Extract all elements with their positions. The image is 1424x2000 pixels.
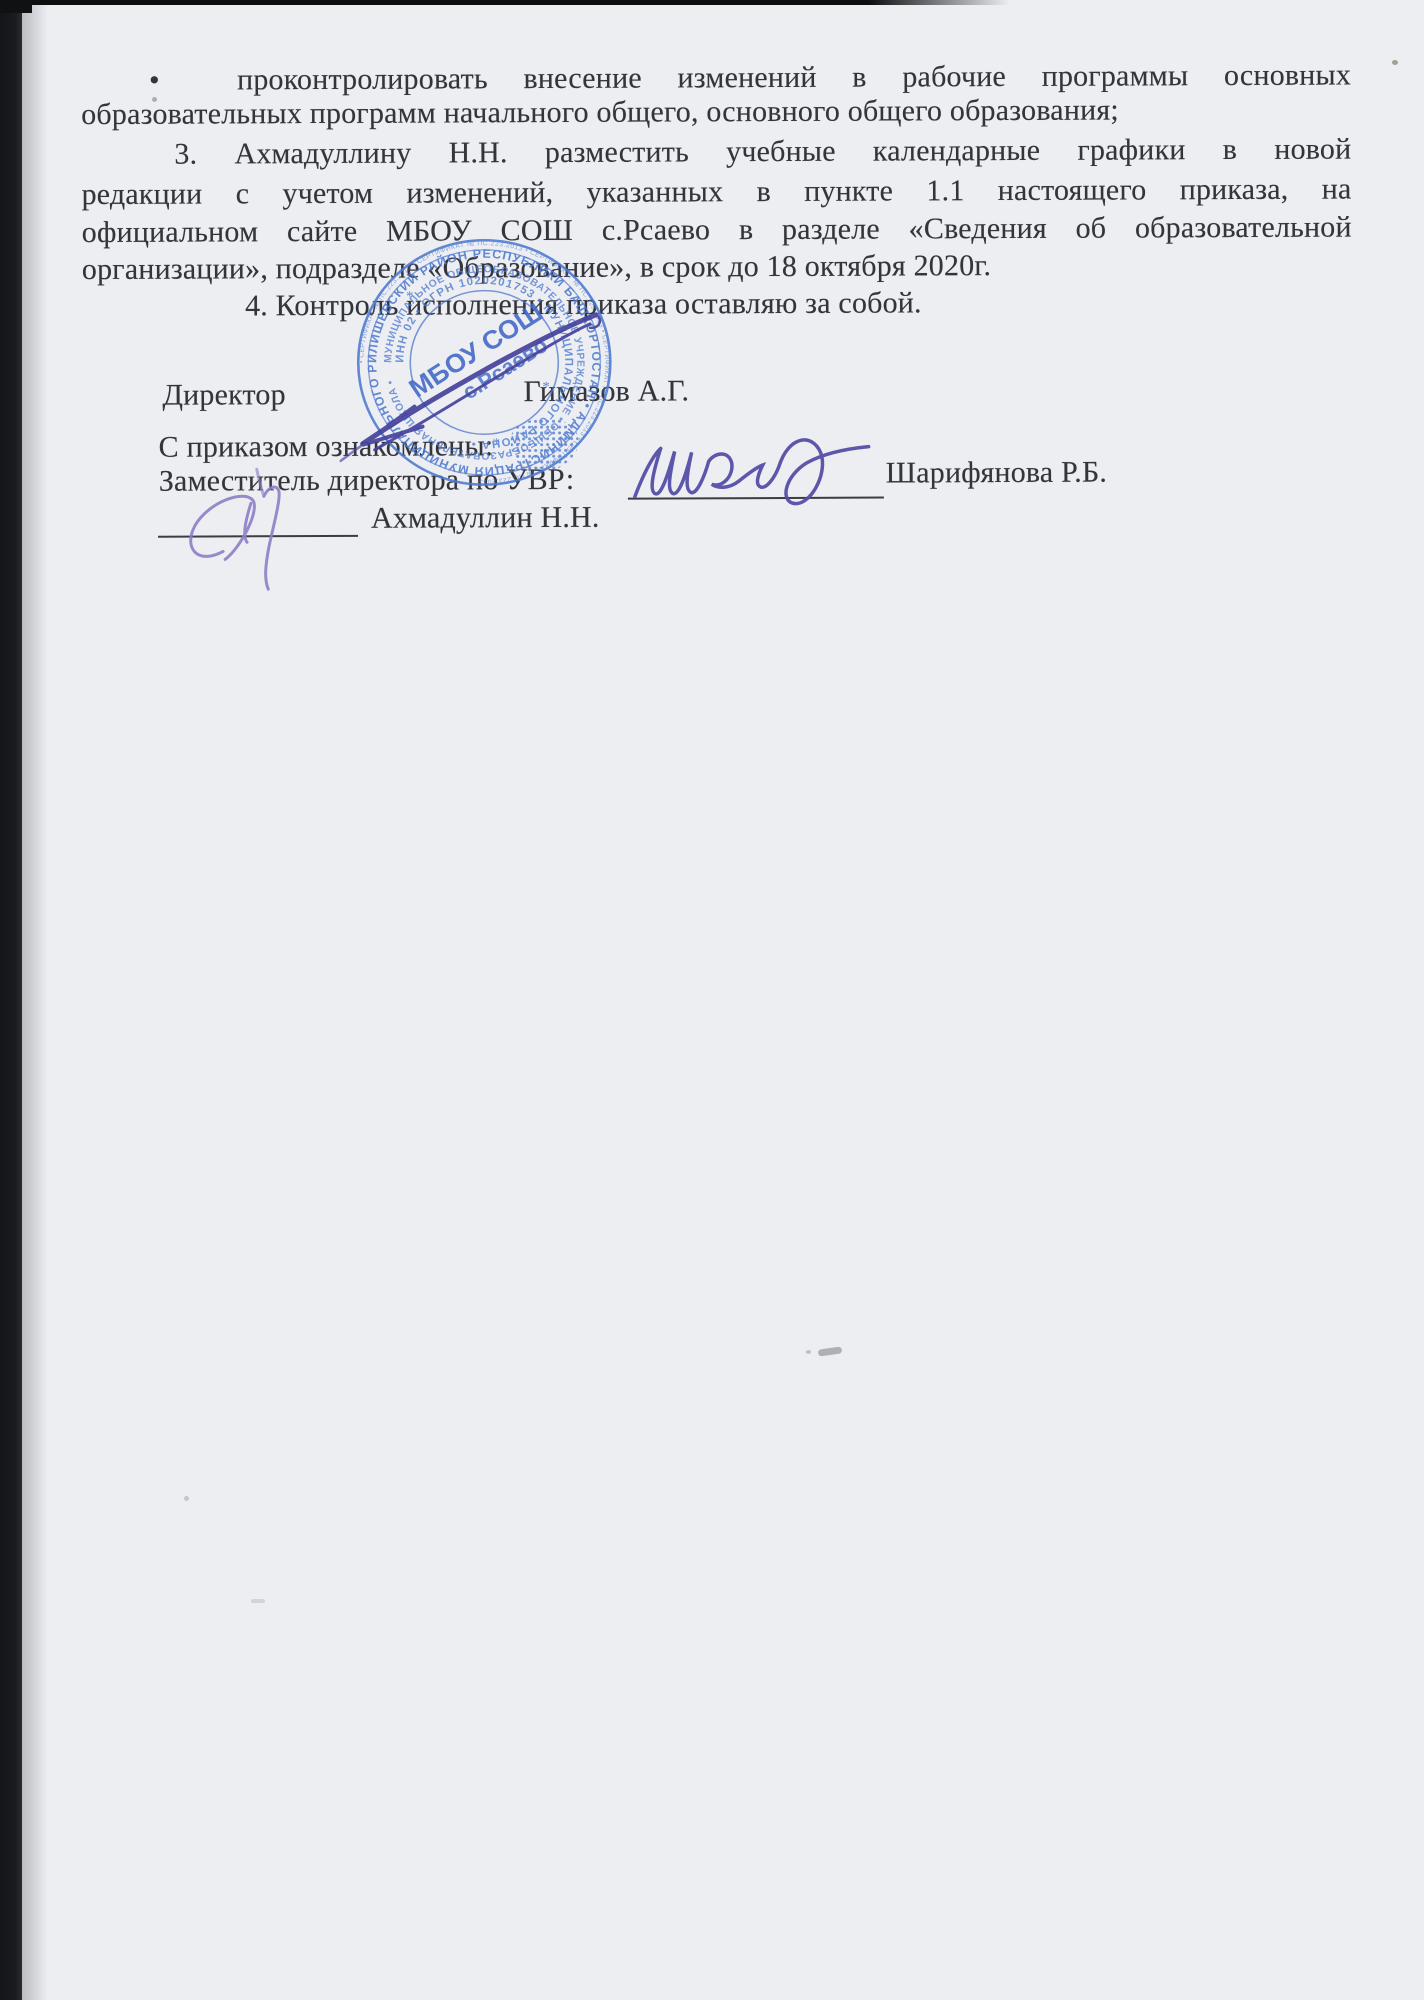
handwritten-signatures xyxy=(0,0,1424,2000)
teacher-signature xyxy=(190,469,279,589)
director-signature xyxy=(340,315,600,461)
document-content: • проконтролировать внесение изменений в… xyxy=(0,0,1424,2000)
deputy-signature xyxy=(635,440,869,505)
scanned-document-page: { "body": { "bullet_char": "•", "line1":… xyxy=(0,0,1424,2000)
